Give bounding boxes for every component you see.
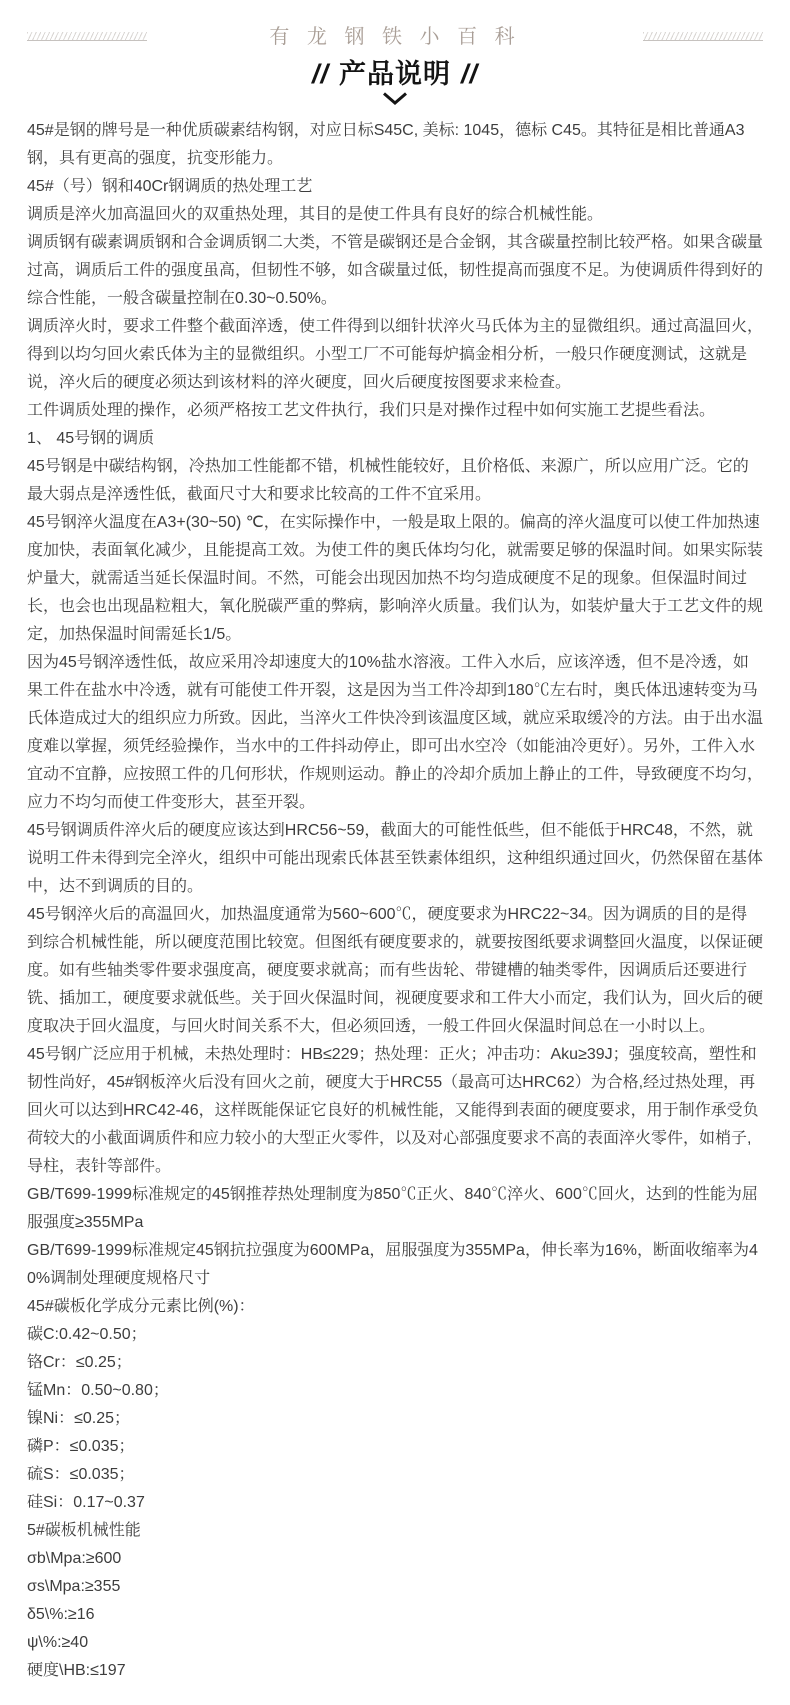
chevron-down-icon [0,91,790,106]
brand-banner: 有 龙 钢 铁 小 百 科 [0,20,790,48]
description-paragraph: 45号钢淬火温度在A3+(30~50) ℃，在实际操作中，一般是取上限的。偏高的… [27,509,763,649]
description-paragraph: 硬度\HB:≤197 [27,1657,763,1685]
hatch-divider-right [643,32,763,41]
description-paragraph: 调质是淬火加高温回火的双重热处理，其目的是使工件具有良好的综合机械性能。 [27,201,763,229]
product-detail-page: 有 龙 钢 铁 小 百 科 //产品说明// 45#是钢的牌号是一种优质碳素结构… [0,0,790,1705]
section-title-text: 产品说明 [339,59,451,89]
double-slash-right-decoration: // [461,59,478,89]
description-paragraph: ψ\%:≥40 [27,1629,763,1657]
description-paragraph: δ5\%:≥16 [27,1601,763,1629]
description-paragraph: GB/T699-1999标准规定45钢抗拉强度为600MPa，屈服强度为355M… [27,1237,763,1293]
description-paragraph: 45号钢是中碳结构钢，冷热加工性能都不错，机械性能较好，且价格低、来源广，所以应… [27,453,763,509]
description-paragraph: 45#碳板化学成分元素比例(%)： [27,1293,763,1321]
brand-title: 有 龙 钢 铁 小 百 科 [269,20,520,49]
description-paragraph: σs\Mpa:≥355 [27,1573,763,1601]
description-paragraph: 5#碳板机械性能 [27,1517,763,1545]
description-paragraph: σb\Mpa:≥600 [27,1545,763,1573]
description-paragraph: 硅Si：0.17~0.37 [27,1489,763,1517]
description-paragraph: 调质淬火时，要求工件整个截面淬透，使工件得到以细针状淬火马氏体为主的显微组织。通… [27,313,763,397]
description-paragraph: 硫S：≤0.035； [27,1461,763,1489]
description-paragraph: 工件调质处理的操作，必须严格按工艺文件执行，我们只是对操作过程中如何实施工艺提些… [27,397,763,425]
description-paragraph: 45号钢调质件淬火后的硬度应该达到HRC56~59，截面大的可能性低些，但不能低… [27,817,763,901]
description-paragraph: 1、 45号钢的调质 [27,425,763,453]
description-paragraph: 45号钢广泛应用于机械，未热处理时：HB≤229；热处理：正火；冲击功：Aku≥… [27,1041,763,1181]
description-paragraph: 锰Mn：0.50~0.80； [27,1377,763,1405]
description-paragraph: 45#是钢的牌号是一种优质碳素结构钢，对应日标S45C, 美标: 1045，德标… [27,117,763,173]
description-paragraph: 镍Ni：≤0.25； [27,1405,763,1433]
description-paragraph: 磷P：≤0.035； [27,1433,763,1461]
page-header: 有 龙 钢 铁 小 百 科 //产品说明// [0,0,790,106]
description-paragraph: 碳C:0.42~0.50； [27,1321,763,1349]
double-slash-left-decoration: // [312,59,329,89]
description-paragraph: 调质钢有碳素调质钢和合金调质钢二大类，不管是碳钢还是合金钢，其含碳量控制比较严格… [27,229,763,313]
description-paragraph: 45号钢淬火后的高温回火，加热温度通常为560~600℃，硬度要求为HRC22~… [27,901,763,1041]
hatch-divider-left [27,32,147,41]
description-paragraph: 因为45号钢淬透性低，故应采用冷却速度大的10%盐水溶液。工件入水后，应该淬透，… [27,649,763,817]
description-paragraph: GB/T699-1999标准规定的45钢推荐热处理制度为850℃正火、840℃淬… [27,1181,763,1237]
section-title: //产品说明// [0,58,790,90]
description-paragraph: 45#（号）钢和40Cr钢调质的热处理工艺 [27,173,763,201]
description-paragraph: 铬Cr：≤0.25； [27,1349,763,1377]
product-description-body: 45#是钢的牌号是一种优质碳素结构钢，对应日标S45C, 美标: 1045，德标… [0,106,790,1705]
